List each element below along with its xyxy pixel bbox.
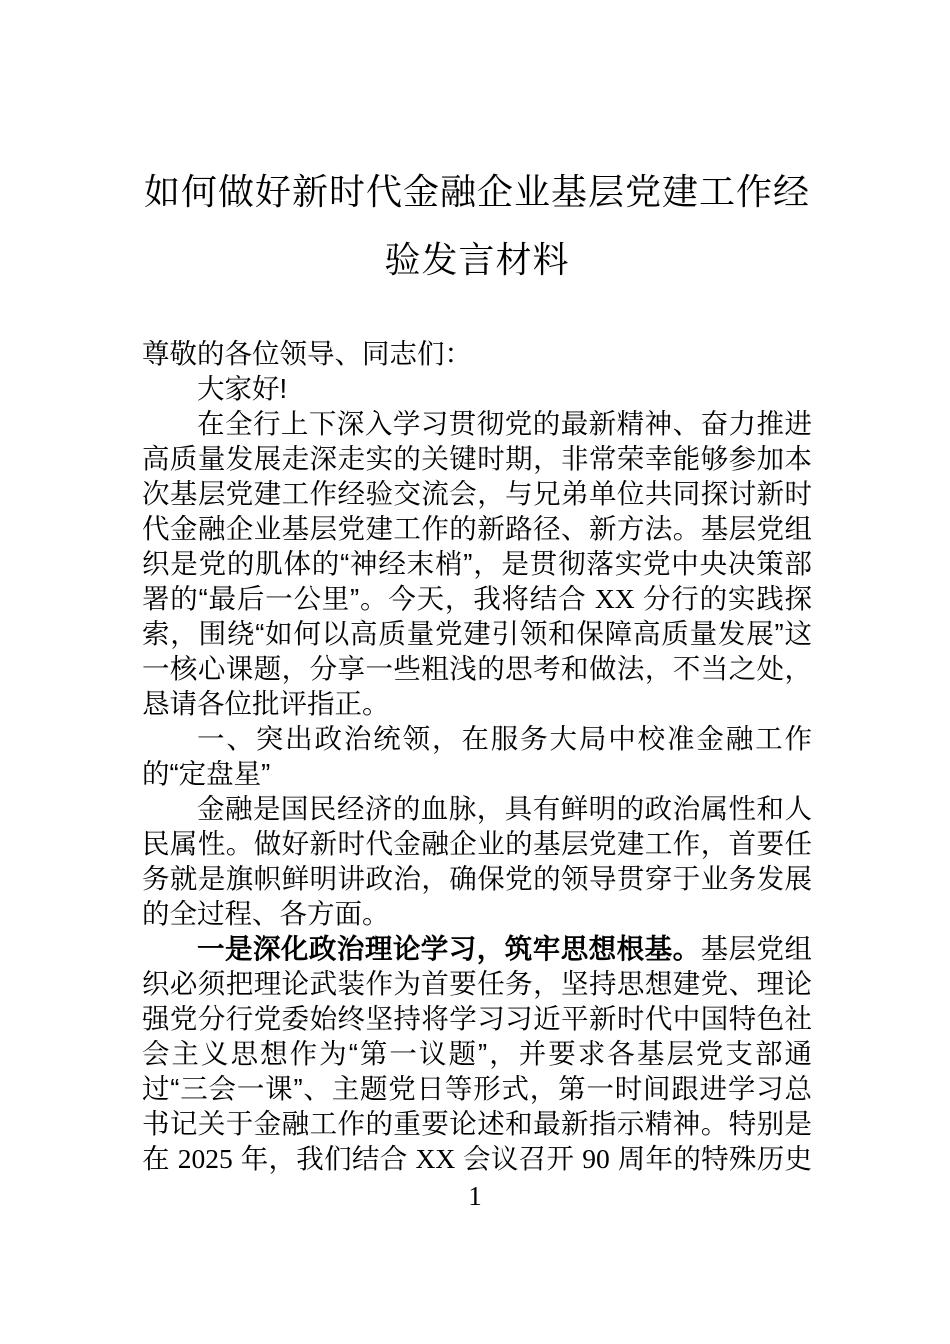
latin-run: XX xyxy=(415,1143,455,1174)
text-run: 基层党组织必须把理论武装作为首要任务，坚持思想建党、理论强党分行党委始终坚持将学… xyxy=(142,933,812,1174)
latin-run: 2025 xyxy=(178,1143,233,1174)
text-run: 大家好! xyxy=(197,373,287,404)
section-1-lead: 金融是国民经济的血脉，具有鲜明的政治属性和人民属性。做好新时代金融企业的基层党建… xyxy=(142,791,812,931)
text-run: 一、突出政治统领，在服务大局中校准金融工作的“定盘星” xyxy=(142,723,812,789)
salutation: 尊敬的各位领导、同志们： xyxy=(142,336,812,371)
text-run: 尊敬的各位领导、同志们： xyxy=(142,338,472,369)
text-run: 年，我们结合 xyxy=(233,1143,416,1174)
latin-run: XX xyxy=(595,583,635,614)
document-page: 如何做好新时代金融企业基层党建工作经验发言材料 尊敬的各位领导、同志们：大家好!… xyxy=(0,0,950,1344)
document-body: 尊敬的各位领导、同志们：大家好!在全行上下深入学习贯彻党的最新精神、奋力推进高质… xyxy=(142,336,812,1176)
intro-paragraph: 在全行上下深入学习贯彻党的最新精神、奋力推进高质量发展走深走实的关键时期，非常荣… xyxy=(142,406,812,721)
document-content: 如何做好新时代金融企业基层党建工作经验发言材料 尊敬的各位领导、同志们：大家好!… xyxy=(142,0,812,1176)
document-title: 如何做好新时代金融企业基层党建工作经验发言材料 xyxy=(142,158,812,294)
text-run: 会议召开 xyxy=(455,1143,582,1174)
text-run: 金融是国民经济的血脉，具有鲜明的政治属性和人民属性。做好新时代金融企业的基层党建… xyxy=(142,793,812,929)
emphasis-run: 一是深化政治理论学习，筑牢思想根基。 xyxy=(197,933,701,964)
greeting: 大家好! xyxy=(142,371,812,406)
point-1-paragraph: 一是深化政治理论学习，筑牢思想根基。基层党组织必须把理论武装作为首要任务，坚持思… xyxy=(142,931,812,1176)
latin-run: 90 xyxy=(582,1143,610,1174)
section-1-heading: 一、突出政治统领，在服务大局中校准金融工作的“定盘星” xyxy=(142,721,812,791)
page-number: 1 xyxy=(0,1180,950,1212)
